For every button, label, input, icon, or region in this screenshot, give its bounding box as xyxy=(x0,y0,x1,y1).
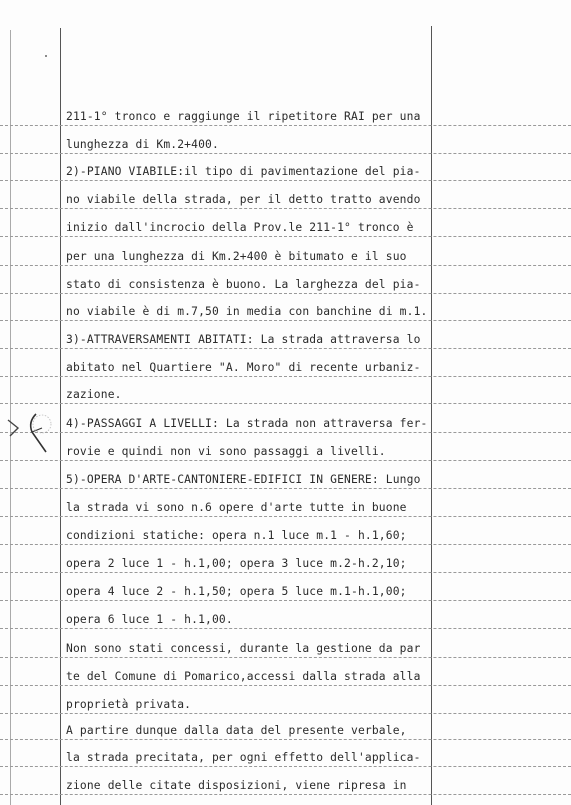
text-line: lunghezza di Km.2+400. xyxy=(66,138,219,152)
text-line: opera 6 luce 1 - h.1,00. xyxy=(66,613,233,627)
ruled-line xyxy=(0,657,571,658)
ruled-line xyxy=(0,208,571,209)
ruled-line xyxy=(0,180,571,181)
text-line: no viabile della strada, per il detto tr… xyxy=(66,193,421,207)
ruled-line xyxy=(0,460,571,461)
text-line: zione delle citate disposizioni, viene r… xyxy=(66,779,407,793)
text-line: 211-1° tronco e raggiunge il ripetitore … xyxy=(66,110,421,124)
text-line: la strada vi sono n.6 opere d'arte tutte… xyxy=(66,501,407,515)
text-line: condizioni statiche: opera n.1 luce m.1 … xyxy=(66,529,407,543)
ruled-line xyxy=(0,293,571,294)
ruled-line xyxy=(0,794,571,795)
ruled-line xyxy=(0,628,571,629)
ruled-line xyxy=(0,600,571,601)
margin-rule-right xyxy=(431,26,432,805)
ruled-line xyxy=(0,488,571,489)
speck xyxy=(45,55,47,57)
text-line: opera 4 luce 2 - h.1,50; opera 5 luce m.… xyxy=(66,585,407,599)
text-line: proprietà privata. xyxy=(66,698,191,712)
text-line: 4)-PASSAGGI A LIVELLI: La strada non att… xyxy=(66,417,427,431)
text-line: stato di consistenza è buono. La larghez… xyxy=(66,278,421,292)
ruled-line xyxy=(0,713,571,714)
ruled-line xyxy=(0,432,571,433)
text-line: 3)-ATTRAVERSAMENTI ABITATI: La strada at… xyxy=(66,333,421,347)
text-line: no viabile è di m.7,50 in media con banc… xyxy=(66,305,427,319)
text-line: abitato nel Quartiere "A. Moro" di recen… xyxy=(66,361,421,375)
ruled-line xyxy=(0,516,571,517)
ruled-line xyxy=(0,236,571,237)
ruled-line xyxy=(0,766,571,767)
ruled-line xyxy=(0,572,571,573)
text-line: opera 2 luce 1 - h.1,00; opera 3 luce m.… xyxy=(66,557,407,571)
document-page: 211-1° tronco e raggiunge il ripetitore … xyxy=(0,0,571,805)
ruled-line xyxy=(0,125,571,126)
ruled-line xyxy=(0,739,571,740)
text-line: rovie e quindi non vi sono passaggi a li… xyxy=(66,445,386,459)
text-line: la strada precitata, per ogni effetto de… xyxy=(66,751,421,765)
text-line: 2)-PIANO VIABILE:il tipo di pavimentazio… xyxy=(66,165,421,179)
text-line: Non sono stati concessi, durante la gest… xyxy=(66,642,421,656)
text-line: te del Comune di Pomarico,accessi dalla … xyxy=(66,670,421,684)
ruled-line xyxy=(0,376,571,377)
ruled-line xyxy=(0,544,571,545)
text-line: A partire dunque dalla data del presente… xyxy=(66,724,407,738)
ruled-line xyxy=(0,403,571,404)
text-line: zazione. xyxy=(66,388,122,402)
ruled-line xyxy=(0,153,571,154)
ruled-line xyxy=(0,320,571,321)
margin-stamp-icon xyxy=(6,410,54,460)
ruled-line xyxy=(0,265,571,266)
margin-rule-left xyxy=(60,28,61,805)
text-line: per una lunghezza di Km.2+400 è bitumato… xyxy=(66,250,407,264)
text-line: inizio dall'incrocio della Prov.le 211-1… xyxy=(66,221,414,235)
ruled-line xyxy=(0,685,571,686)
text-line: 5)-OPERA D'ARTE-CANTONIERE-EDIFICI IN GE… xyxy=(66,473,421,487)
ruled-line xyxy=(0,348,571,349)
